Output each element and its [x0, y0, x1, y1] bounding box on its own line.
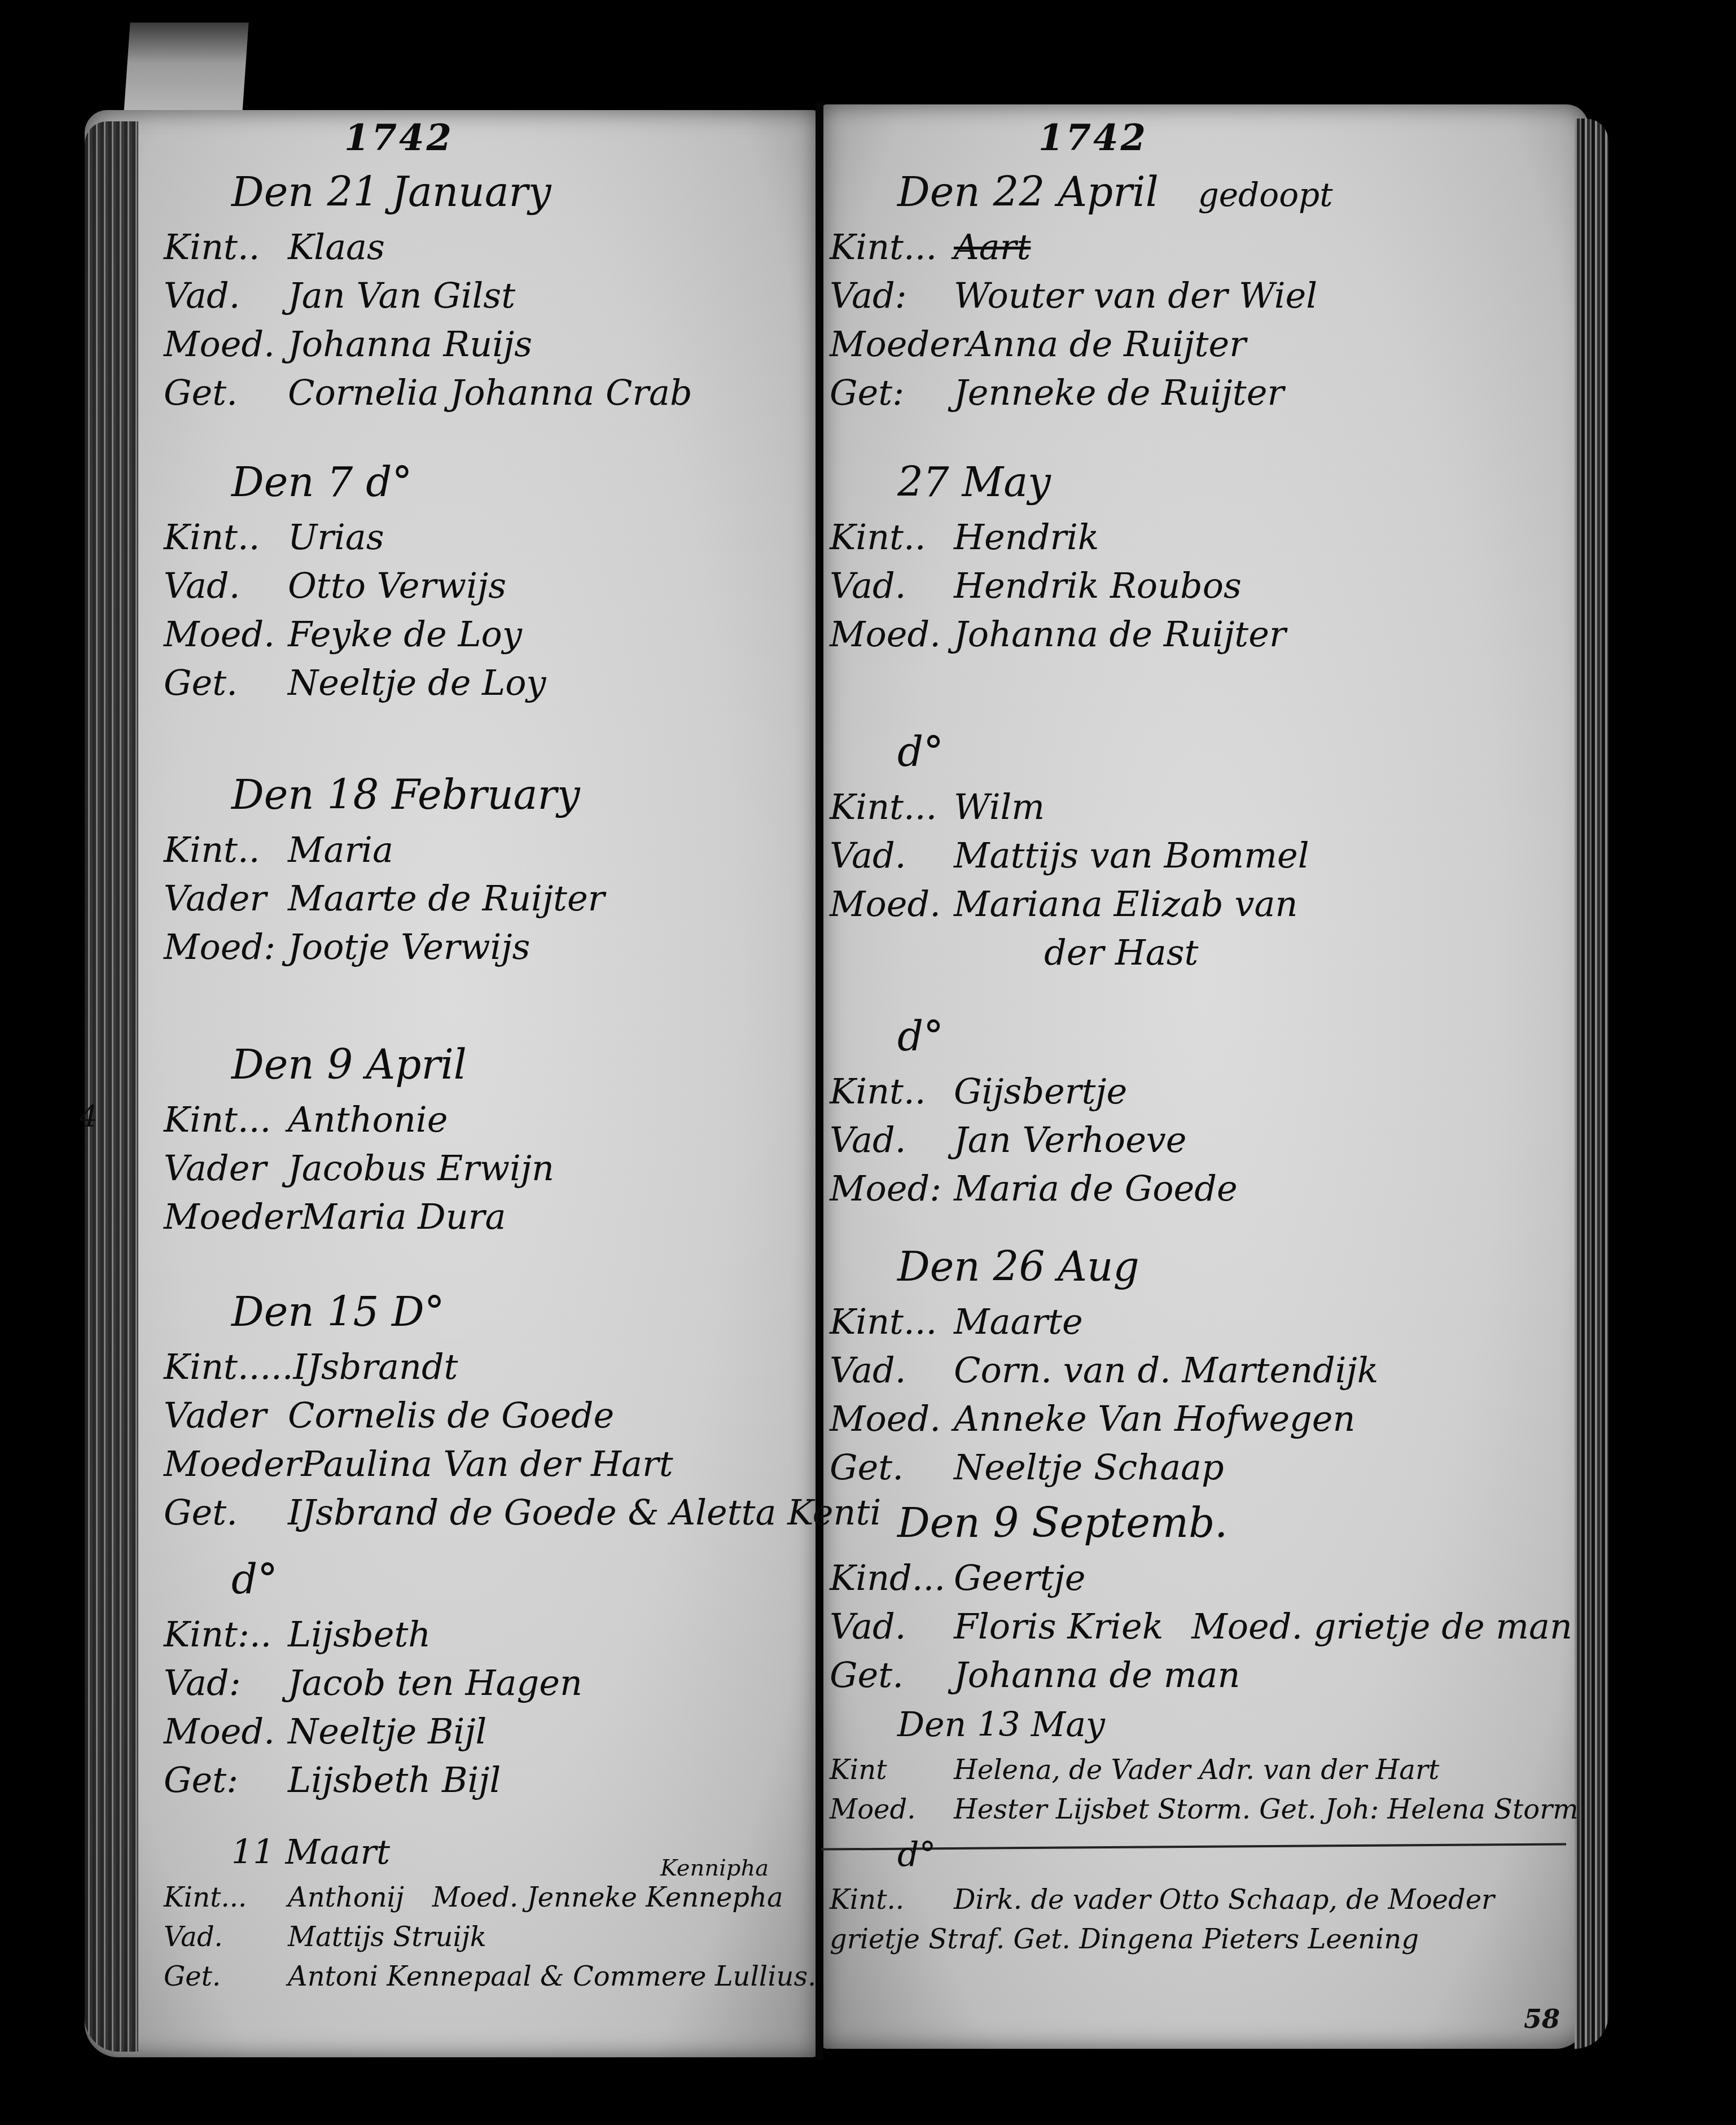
date-text: d°	[897, 728, 944, 775]
date-text: Den 18 February	[231, 771, 580, 818]
line-value: Hester Lijsbet Storm. Get. Joh: Helena S…	[954, 1794, 1579, 1825]
entry-line: VaderCornelis de Goede	[164, 1391, 796, 1440]
line-value: Maria	[288, 829, 393, 870]
baptism-entry: d°Kint...WilmVad.Mattijs van BommelMoed.…	[830, 721, 1575, 977]
date-text: Den 26 Aug	[897, 1243, 1139, 1290]
line-label: Moeder	[830, 320, 967, 369]
entry-line: Moed.Johanna de Ruijter	[830, 610, 1575, 659]
date-text: Den 7 d°	[231, 458, 412, 506]
line-value: Cornelia Johanna Crab	[288, 372, 692, 413]
line-value: Wouter van der Wiel	[954, 275, 1317, 316]
entry-line: Kint...AnthonijMoed. Jenneke Kennepha	[164, 1878, 796, 1917]
line-value: Anthonie	[288, 1099, 448, 1140]
entry-line: KintHelena, de Vader Adr. van der Hart	[830, 1750, 1575, 1790]
entry-line: Kint...Maarte	[830, 1298, 1575, 1346]
entry-date: d°	[830, 1829, 1575, 1880]
line-value: der Hast	[1044, 932, 1199, 973]
line-value: Maarte	[954, 1301, 1083, 1342]
line-label: Moed.	[830, 1790, 954, 1829]
baptism-entry: Den 26 AugKint...MaarteVad.Corn. van d. …	[830, 1235, 1575, 1492]
date-text: d°	[897, 1013, 944, 1060]
baptism-entry: Den 9 AprilKint...AnthonieVaderJacobus E…	[164, 1033, 796, 1241]
entry-note: gedoopt	[1198, 176, 1333, 214]
line-value: Maria de Goede	[954, 1168, 1238, 1209]
line-value: Dirk. de vader Otto Schaap, de Moeder	[954, 1884, 1494, 1916]
line-label: Kint...	[164, 1096, 288, 1144]
line-value: Cornelis de Goede	[288, 1395, 614, 1436]
line-value: Floris Kriek	[954, 1606, 1163, 1647]
line-value: Jacobus Erwijn	[288, 1147, 554, 1189]
entry-line: MoederAnna de Ruijter	[830, 320, 1575, 369]
line-value: Maarte de Ruijter	[288, 878, 604, 919]
date-text: Den 9 April	[231, 1041, 467, 1088]
entry-line: Vad.Corn. van d. Martendijk	[830, 1346, 1575, 1395]
line-label: Vad.	[830, 831, 954, 880]
line-value: Jan Van Gilst	[288, 275, 515, 316]
entry-line: Moed.Anneke Van Hofwegen	[830, 1395, 1575, 1443]
entry-line: Get.Johanna de man	[830, 1651, 1575, 1699]
line-label: Kint..	[164, 826, 288, 874]
entry-date: Den 9 April	[164, 1033, 796, 1096]
baptism-entry: 11 MaartKint...AnthonijMoed. Jenneke Ken…	[164, 1827, 796, 1996]
line-value: Johanna Ruijs	[288, 323, 532, 365]
entry-list: Den 22 AprilgedooptKint...AartVad:Wouter…	[830, 161, 1575, 1959]
year-heading: 1742	[1038, 116, 1575, 161]
line-value: Corn. van d. Martendijk	[954, 1350, 1378, 1391]
date-text: d°	[231, 1556, 278, 1603]
line-value: Paulina Van der Hart	[301, 1443, 673, 1484]
line-value: Neeltje Schaap	[954, 1447, 1224, 1488]
line-label: Kint...	[830, 1298, 954, 1346]
line-value: Helena, de Vader Adr. van der Hart	[954, 1754, 1439, 1786]
entry-line: Vad.Floris KriekMoed. grietje de man	[830, 1602, 1575, 1651]
entry-line: Kint..Urias	[164, 513, 796, 562]
date-text: d°	[897, 1835, 936, 1874]
entry-date: Den 18 February	[164, 764, 796, 826]
entry-line: Get.Neeltje de Loy	[164, 659, 796, 707]
entry-line: Vad.Jan Verhoeve	[830, 1116, 1575, 1164]
line-value: Jenneke de Ruijter	[954, 372, 1284, 413]
entry-line: Moed.Hester Lijsbet Storm. Get. Joh: Hel…	[830, 1790, 1575, 1829]
date-text: Den 21 January	[231, 168, 551, 216]
date-text: 27 May	[897, 458, 1051, 506]
baptism-entry: Den 13 MayKintHelena, de Vader Adr. van …	[830, 1699, 1575, 1829]
line-value: Jootje Verwijs	[288, 926, 530, 967]
line-label: Vad.	[164, 1917, 288, 1957]
line-label: Get.	[164, 1488, 288, 1537]
line-extra: Moed. grietje de man	[1191, 1606, 1572, 1647]
paper-tab	[124, 23, 248, 113]
line-value: Jacob ten Hagen	[288, 1662, 582, 1703]
entry-line: Vad:Wouter van der Wiel	[830, 271, 1575, 320]
line-label: Get:	[830, 369, 954, 417]
line-value: Otto Verwijs	[288, 565, 506, 606]
line-label: Vad.	[164, 562, 288, 610]
baptism-entry: Den 15 D°4Kint.....IJsbrandtVaderCorneli…	[164, 1281, 796, 1537]
line-label: Moeder	[164, 1193, 301, 1241]
entry-line: Vad.Jan Van Gilst	[164, 271, 796, 320]
line-value: Antoni Kennepaal & Commere Lullius.	[288, 1961, 816, 1992]
line-label: Vad.	[830, 1602, 954, 1651]
line-value: Mattijs Struijk	[288, 1921, 486, 1953]
line-label: Kint	[830, 1750, 954, 1790]
entry-date: Den 26 Aug	[830, 1235, 1575, 1298]
line-value: Neeltje de Loy	[288, 662, 546, 703]
line-label: Kint..	[830, 513, 954, 562]
entry-line: der Hast	[830, 928, 1575, 977]
line-value: Aart	[954, 226, 1031, 268]
date-text: 11 Maart	[231, 1833, 390, 1872]
entry-line: Moed:Maria de Goede	[830, 1164, 1575, 1213]
baptism-entry: Den 21 JanuaryKint..KlaasVad.Jan Van Gil…	[164, 161, 796, 417]
line-value: Hendrik	[954, 516, 1099, 558]
entry-line: MoederMaria Dura	[164, 1193, 796, 1241]
line-value: Klaas	[288, 226, 385, 268]
entry-line: Get.IJsbrand de Goede & Aletta Kenti	[164, 1488, 796, 1537]
entry-line: Vad.Mattijs van Bommel	[830, 831, 1575, 880]
line-label: Moed.	[830, 880, 954, 928]
entry-line: Kint..Dirk. de vader Otto Schaap, de Moe…	[830, 1880, 1575, 1920]
entry-line: Kind...Geertje	[830, 1554, 1575, 1602]
line-label: Moed.	[164, 1707, 288, 1756]
line-label: Moeder	[164, 1440, 301, 1488]
line-label: Moed:	[830, 1164, 954, 1213]
entry-line: VaderMaarte de Ruijter	[164, 874, 796, 923]
line-label: Kint..	[164, 223, 288, 271]
date-text: Den 22 April	[897, 168, 1159, 216]
line-label: Moed.	[830, 1395, 954, 1443]
entry-date: Den 22 Aprilgedoopt	[830, 161, 1575, 223]
line-label: Kint:..	[164, 1610, 288, 1659]
folio-mark: 58	[1524, 2004, 1560, 2034]
line-value: Mattijs van Bommel	[954, 835, 1309, 876]
entry-line: Moed:Jootje Verwijs	[164, 923, 796, 971]
entry-line: Vad:Jacob ten Hagen	[164, 1659, 796, 1707]
entry-date: Den 13 May	[830, 1699, 1575, 1750]
line-label: Vad.	[164, 271, 288, 320]
baptism-entry: d°Kint..Dirk. de vader Otto Schaap, de M…	[830, 1829, 1575, 1959]
entry-date: d°	[164, 1548, 796, 1610]
line-label: Vad.	[830, 562, 954, 610]
entry-line: Kint:..Lijsbeth	[164, 1610, 796, 1659]
line-label: Kind...	[830, 1554, 954, 1602]
entry-line: Vad.Hendrik Roubos	[830, 562, 1575, 610]
line-value: Gijsbertje	[954, 1071, 1127, 1112]
line-extra: Moed. Jenneke Kennepha	[432, 1882, 783, 1913]
date-text: Den 15 D°	[231, 1288, 445, 1335]
line-label: Get.	[164, 1957, 288, 1996]
line-label: Get.	[164, 659, 288, 707]
line-value: Maria Dura	[301, 1196, 506, 1237]
entry-line: grietje Straf. Get. Dingena Pieters Leen…	[830, 1920, 1575, 1959]
line-label: Kint...	[164, 1878, 288, 1917]
left-page-text: 1742 Den 21 JanuaryKint..KlaasVad.Jan Va…	[164, 116, 796, 1996]
entry-line: Moed.Neeltje Bijl	[164, 1707, 796, 1756]
entry-line: Kint...Wilm	[830, 783, 1575, 831]
line-label: Vader	[164, 1391, 288, 1440]
entry-line: Get.Cornelia Johanna Crab	[164, 369, 796, 417]
line-value: Lijsbeth Bijl	[288, 1759, 501, 1800]
line-value: Urias	[288, 516, 384, 558]
baptism-entry: Den 22 AprilgedooptKint...AartVad:Wouter…	[830, 161, 1575, 417]
line-label: Get.	[830, 1443, 954, 1492]
line-label: Vad.	[830, 1116, 954, 1164]
line-label: Kint...	[830, 783, 954, 831]
line-value: Hendrik Roubos	[954, 565, 1242, 606]
baptism-entry: Den 7 d°Kint..UriasVad.Otto VerwijsMoed.…	[164, 451, 796, 707]
line-value: Anna de Ruijter	[967, 323, 1246, 365]
baptism-entry: d°Kint..GijsbertjeVad.Jan VerhoeveMoed:M…	[830, 1005, 1575, 1213]
entry-date: Den 15 D°	[164, 1281, 796, 1343]
line-label: Get.	[164, 369, 288, 417]
line-value: Johanna de man	[954, 1654, 1240, 1695]
line-label: Vader	[164, 874, 288, 923]
line-value: Wilm	[954, 786, 1045, 827]
entry-list: Den 21 JanuaryKint..KlaasVad.Jan Van Gil…	[164, 161, 796, 1996]
line-value: Feyke de Loy	[288, 614, 522, 655]
entry-line: Kint..Hendrik	[830, 513, 1575, 562]
line-label: Kint..	[164, 513, 288, 562]
entry-line: Kint.....IJsbrandt	[164, 1343, 796, 1391]
line-label: Moed.	[164, 320, 288, 369]
line-value: Johanna de Ruijter	[954, 614, 1286, 655]
entry-line: Kint...Anthonie	[164, 1096, 796, 1144]
line-label: Get:	[164, 1756, 288, 1804]
entry-line: Kint...Aart	[830, 223, 1575, 271]
line-label: Vad:	[164, 1659, 288, 1707]
entry-line: Moed.Johanna Ruijs	[164, 320, 796, 369]
entry-line: Get:Jenneke de Ruijter	[830, 369, 1575, 417]
line-label: Vader	[164, 1144, 288, 1193]
entry-date: Den 21 January	[164, 161, 796, 223]
entry-date: d°	[830, 1005, 1575, 1067]
entry-line: Get.Antoni Kennepaal & Commere Lullius.	[164, 1957, 796, 1996]
year-heading: 1742	[344, 116, 796, 161]
line-value: Neeltje Bijl	[288, 1711, 486, 1752]
entry-line: Vad.Otto Verwijs	[164, 562, 796, 610]
left-page-edges	[85, 121, 138, 2052]
entry-line: Moed.Feyke de Loy	[164, 610, 796, 659]
entry-line: Get:Lijsbeth Bijl	[164, 1756, 796, 1804]
line-label: Kint..	[830, 1067, 954, 1116]
entry-line: Kint..Maria	[164, 826, 796, 874]
line-label: Vad:	[830, 271, 954, 320]
line-label: Vad.	[830, 1346, 954, 1395]
line-label: Moed.	[164, 610, 288, 659]
line-label: Kint.....	[164, 1343, 293, 1391]
entry-line: Vad.Mattijs Struijk	[164, 1917, 796, 1957]
line-label: Moed:	[164, 923, 288, 971]
line-value: Jan Verhoeve	[954, 1119, 1187, 1160]
entry-line: Kint..Klaas	[164, 223, 796, 271]
baptism-entry: 27 MayKint..HendrikVad.Hendrik RoubosMoe…	[830, 451, 1575, 659]
baptism-entry: Den 9 Septemb.Kind...GeertjeVad.Floris K…	[830, 1492, 1575, 1699]
right-page-text: 1742 Den 22 AprilgedooptKint...AartVad:W…	[830, 116, 1575, 1959]
baptism-entry: Den 18 FebruaryKint..MariaVaderMaarte de…	[164, 764, 796, 971]
line-label: Get.	[830, 1651, 954, 1699]
entry-line: VaderJacobus Erwijn	[164, 1144, 796, 1193]
date-text: Den 9 Septemb.	[897, 1499, 1228, 1546]
line-label: Kint..	[830, 1880, 954, 1920]
entry-line: Moed.Mariana Elizab van	[830, 880, 1575, 928]
line-value: Anthonij	[288, 1882, 404, 1913]
line-value: IJsbrandt	[293, 1346, 458, 1387]
line-value: Lijsbeth	[288, 1614, 431, 1655]
entry-line: MoederPaulina Van der Hart	[164, 1440, 796, 1488]
entry-date: Den 9 Septemb.	[830, 1492, 1575, 1554]
entry-date: d°	[830, 721, 1575, 783]
line-value: IJsbrand de Goede & Aletta Kenti	[288, 1492, 881, 1533]
right-page-edges	[1575, 119, 1608, 2049]
line-label: Kint...	[830, 223, 954, 271]
line-value: grietje Straf. Get. Dingena Pieters Leen…	[830, 1924, 1419, 1955]
entry-date: Den 7 d°	[164, 451, 796, 513]
entry-line: Get.Neeltje Schaap	[830, 1443, 1575, 1492]
line-value: Anneke Van Hofwegen	[954, 1398, 1355, 1439]
entry-line: Kint..Gijsbertje	[830, 1067, 1575, 1116]
line-value: Geertje	[954, 1557, 1085, 1598]
line-label: Moed.	[830, 610, 954, 659]
baptism-entry: d°Kint:..LijsbethVad:Jacob ten HagenMoed…	[164, 1548, 796, 1804]
line-value: Mariana Elizab van	[954, 883, 1297, 925]
book-gutter	[816, 102, 823, 2060]
entry-date: 27 May	[830, 451, 1575, 513]
date-text: Den 13 May	[897, 1705, 1105, 1745]
